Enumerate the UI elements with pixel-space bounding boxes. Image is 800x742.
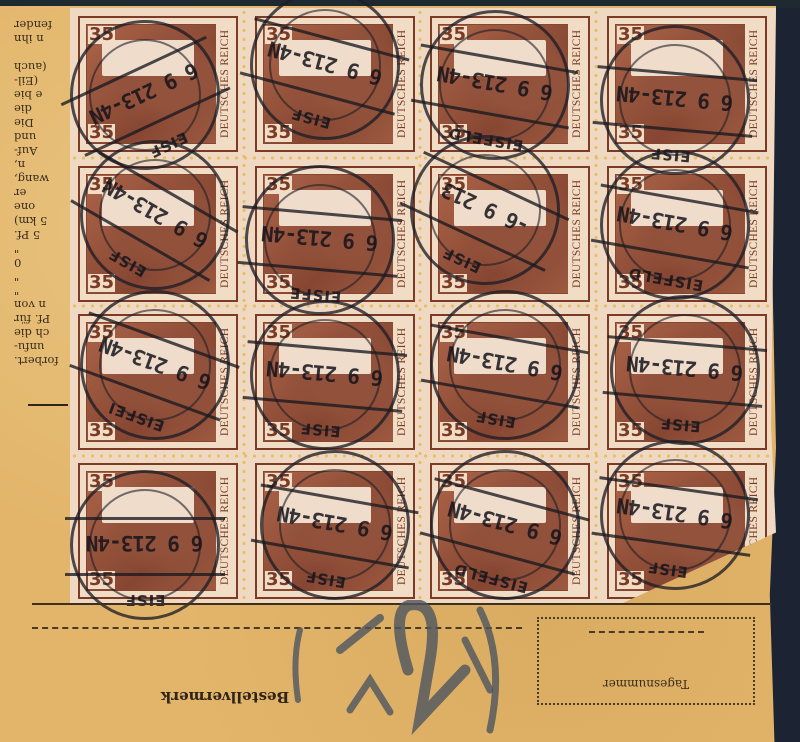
side-text-line: " [14,284,70,298]
side-text-line [14,46,70,60]
tagesnummer-box: Tagesnummer [537,617,755,705]
side-text-line: er [14,186,70,200]
postmark-town: EISF [73,591,217,609]
postmark-bar [65,517,225,520]
side-text-line: fender [14,18,70,32]
printed-side-text: forbert.unfu-ch diePf. fürn von""0"5 Pf.… [14,18,70,368]
stamp-value: 35 [88,274,115,292]
side-text-line: one [14,200,70,214]
bestellvermerk-label: Bestellvermerk [145,688,305,706]
side-text-line: Pf. für [14,312,70,326]
side-text-line: e bie [14,88,70,102]
parcel-card-photo: forbert.unfu-ch diePf. fürn von""0"5 Pf.… [0,0,800,742]
pencil-mark-icon [290,600,510,742]
side-text-line: n, [14,158,70,172]
side-text-line: und [14,130,70,144]
tagesnummer-label: Tagesnummer [539,677,753,691]
stamp-country: DEUTSCHES REICH [568,174,586,294]
side-text-line: n ihn [14,32,70,46]
printed-rule [28,404,68,406]
side-text-line: n von [14,298,70,312]
tagesnummer-fill-line [589,631,704,633]
side-text-line: " [14,270,70,284]
postmark: 6 9 213-4NEISF [70,470,220,620]
side-text-line: 0 [14,256,70,270]
postmark-bar [65,573,225,576]
side-text-line: forbert. [14,354,70,368]
side-text-line: unfu- [14,340,70,354]
side-text-line: ch die [14,326,70,340]
side-text-line: " [14,242,70,256]
side-text-line: Die [14,116,70,130]
stamp-country: DEUTSCHES REICH [568,24,586,144]
side-text-line: (auch [14,60,70,74]
side-text-line: Auf- [14,144,70,158]
side-text-line: (Eil- [14,74,70,88]
side-text-line: wang, [14,172,70,186]
postmark-date: 6 9 213-4N [73,531,217,555]
side-text-line: 5 km) [14,214,70,228]
